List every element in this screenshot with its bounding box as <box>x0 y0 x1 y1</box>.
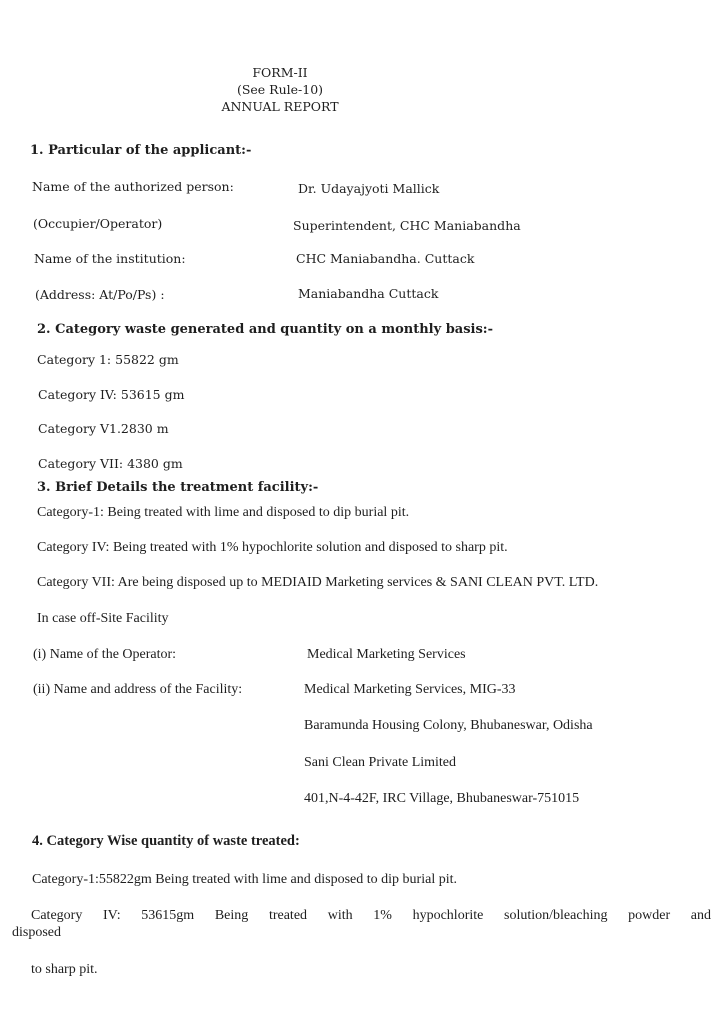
treated-category-1: Category-1:55822gm Being treated with li… <box>32 872 457 888</box>
form-number: FORM-II <box>180 64 380 81</box>
section1-heading: 1. Particular of the applicant:- <box>30 143 251 158</box>
treated-category-4: Category IV: 53615gm Being treated with … <box>31 908 711 924</box>
facility-address-line: Baramunda Housing Colony, Bhubaneswar, O… <box>304 718 593 734</box>
treated-category-4-end: to sharp pit. <box>31 962 98 978</box>
section4-heading: 4. Category Wise quantity of waste treat… <box>32 833 300 850</box>
treated-category-4-continued: disposed <box>12 925 61 941</box>
section3-heading: 3. Brief Details the treatment facility:… <box>37 480 318 495</box>
category-1-quantity: Category 1: 55822 gm <box>37 352 179 367</box>
operator-value: Medical Marketing Services <box>307 647 466 663</box>
institution-value: CHC Maniabandha. Cuttack <box>296 251 474 266</box>
facility-address-line: Medical Marketing Services, MIG-33 <box>304 682 516 698</box>
page-title: ANNUAL REPORT <box>180 98 380 115</box>
address-value: Maniabandha Cuttack <box>298 286 438 301</box>
section2-heading: 2. Category waste generated and quantity… <box>37 322 493 337</box>
institution-label: Name of the institution: <box>34 251 186 266</box>
facility-label: (ii) Name and address of the Facility: <box>33 682 242 698</box>
category-7-quantity: Category VII: 4380 gm <box>38 456 183 471</box>
treatment-category-1: Category-1: Being treated with lime and … <box>37 505 409 521</box>
rule-reference: (See Rule-10) <box>180 81 380 98</box>
occupier-value: Superintendent, CHC Maniabandha <box>293 218 521 233</box>
category-6-quantity: Category V1.2830 m <box>38 421 169 436</box>
facility-address-line: 401,N-4-42F, IRC Village, Bhubaneswar-75… <box>304 791 579 807</box>
occupier-label: (Occupier/Operator) <box>33 216 162 231</box>
facility-address-line: Sani Clean Private Limited <box>304 755 456 771</box>
operator-label: (i) Name of the Operator: <box>33 647 176 663</box>
offsite-facility-note: In case off-Site Facility <box>37 611 169 627</box>
treatment-category-4: Category IV: Being treated with 1% hypoc… <box>37 540 508 556</box>
authorized-person-label: Name of the authorized person: <box>32 179 234 194</box>
treatment-category-7: Category VII: Are being disposed up to M… <box>37 575 598 591</box>
authorized-person-value: Dr. Udayajyoti Mallick <box>298 181 439 196</box>
category-4-quantity: Category IV: 53615 gm <box>38 387 184 402</box>
address-label: (Address: At/Po/Ps) : <box>35 287 165 302</box>
